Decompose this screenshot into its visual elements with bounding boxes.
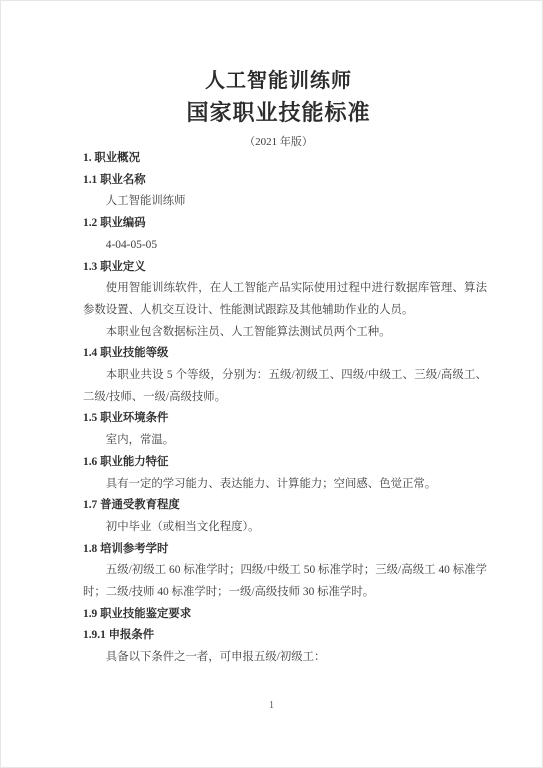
paragraph: 五级/初级工 60 标准学时；四级/中级工 50 标准学时；三级/高级工 40 … [83, 560, 487, 603]
section-heading: 1.1 职业名称 [83, 170, 487, 192]
section-heading: 1.7 普通受教育程度 [83, 495, 487, 517]
document-body: 1. 职业概况1.1 职业名称人工智能训练师1.2 职业编码4-04-05-05… [83, 148, 487, 669]
section-heading: 1.9 职业技能鉴定要求 [83, 604, 487, 626]
page-number: 1 [1, 700, 542, 711]
paragraph: 4-04-05-05 [83, 235, 487, 257]
paragraph: 本职业包含数据标注员、人工智能算法测试员两个工种。 [83, 322, 487, 344]
section-heading: 1.9.1 申报条件 [83, 625, 487, 647]
paragraph: 具备以下条件之一者，可申报五级/初级工： [83, 647, 487, 669]
section-heading: 1.6 职业能力特征 [83, 452, 487, 474]
paragraph: 室内，常温。 [83, 430, 487, 452]
document-title-line1: 人工智能训练师 [15, 65, 542, 97]
paragraph: 本职业共设 5 个等级，分别为：五级/初级工、四级/中级工、三级/高级工、二级/… [83, 365, 487, 408]
paragraph: 使用智能训练软件，在人工智能产品实际使用过程中进行数据库管理、算法参数设置、人机… [83, 278, 487, 321]
document-page: 人工智能训练师 国家职业技能标准 （2021 年版） 1. 职业概况1.1 职业… [0, 0, 543, 768]
document-title-block: 人工智能训练师 国家职业技能标准 （2021 年版） [15, 65, 542, 150]
section-heading: 1.3 职业定义 [83, 257, 487, 279]
paragraph: 具有一定的学习能力、表达能力、计算能力；空间感、色觉正常。 [83, 474, 487, 496]
paragraph: 人工智能训练师 [83, 191, 487, 213]
paragraph: 初中毕业（或相当文化程度）。 [83, 517, 487, 539]
document-title-line2: 国家职业技能标准 [15, 97, 542, 129]
section-heading: 1.5 职业环境条件 [83, 408, 487, 430]
section-heading: 1.8 培训参考学时 [83, 539, 487, 561]
section-heading: 1.2 职业编码 [83, 213, 487, 235]
section-heading: 1. 职业概况 [83, 148, 487, 170]
section-heading: 1.4 职业技能等级 [83, 343, 487, 365]
